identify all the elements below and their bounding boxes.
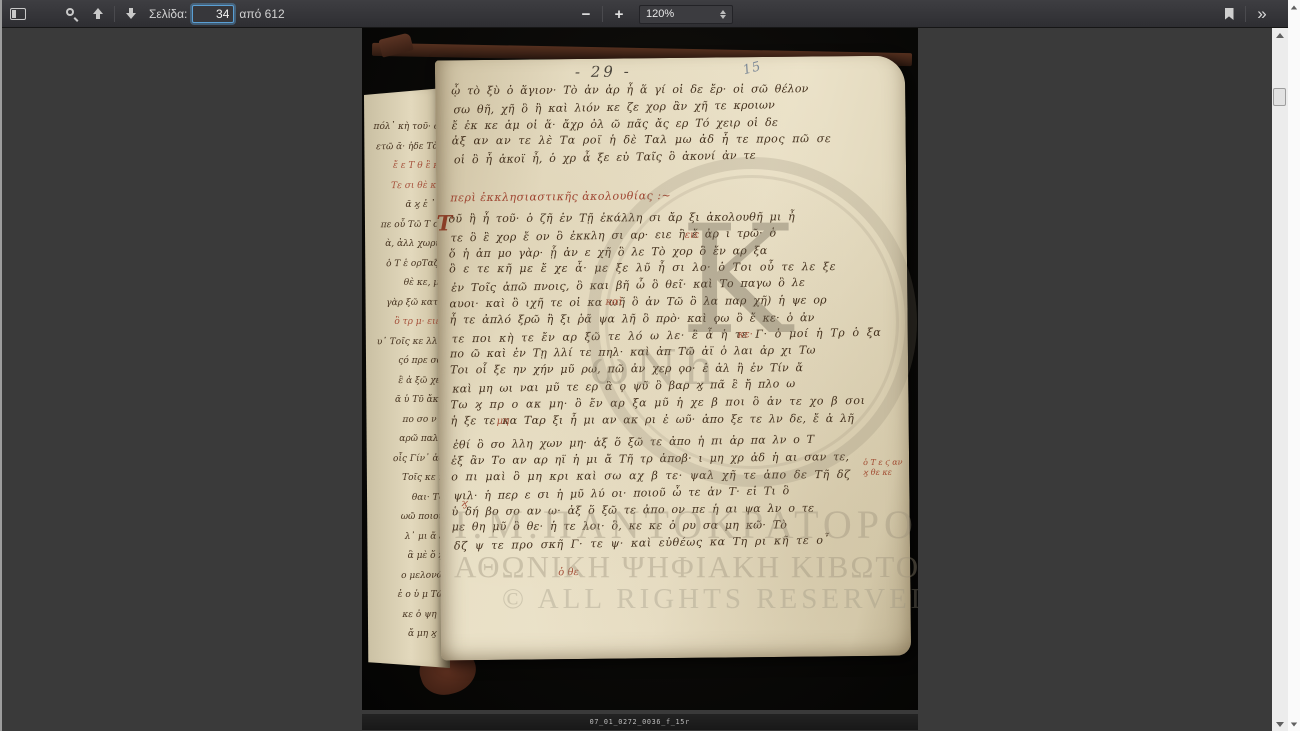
margin-note: ὁ Τ ε ϛ αν ϗ θε κε — [863, 458, 903, 478]
zoom-level-value: 120% — [646, 8, 720, 20]
scrollbar-thumb[interactable] — [1273, 88, 1286, 106]
facing-page-line: θαι· Τὸ — [364, 488, 444, 508]
previous-page-button[interactable] — [86, 2, 110, 26]
page-label: Σελίδα: — [149, 7, 187, 21]
window-scrollbar[interactable] — [1288, 0, 1300, 731]
zoom-level-select[interactable]: 120% — [639, 5, 733, 24]
page-number-input[interactable] — [192, 5, 234, 23]
facing-page-line: ὃ τρ μ· ειε) — [364, 313, 444, 333]
facing-page-line: ᾱ ϗ ἐ ᾽ ἀ — [364, 196, 444, 216]
viewer-scrollbar[interactable] — [1272, 28, 1288, 731]
scrollbar-up-button[interactable] — [1272, 28, 1288, 42]
bookmark-button[interactable] — [1217, 2, 1241, 26]
triangle-up-icon — [1291, 5, 1297, 9]
facing-page-line: Τοῖς κε ν — [364, 469, 444, 489]
rubric-heading: περὶ ἐκκλησιαστικῆς ἀκολουθίας :~ — [450, 189, 671, 204]
margin-note-line: ϗ θε κε — [863, 468, 902, 478]
select-arrows-icon — [720, 10, 726, 19]
arrow-up-icon — [93, 8, 103, 19]
search-button[interactable] — [56, 2, 80, 26]
triangle-down-icon — [1276, 722, 1284, 727]
facing-page-line: πόλ᾽ κὴ τοῦ· ὁζ — [364, 118, 444, 138]
text-block-lower: οῦ ἢ ἦ τοῦ· ὁ ζῆ ἐν Τῇ ἐκάλλη σι ἄρ ξι ἀ… — [448, 208, 892, 555]
facing-page-line: Τε σι θὲ κε, — [364, 176, 444, 196]
facing-page-line: ωῶ ποιου — [364, 508, 444, 528]
zoom-out-button[interactable]: − — [574, 2, 598, 26]
page-count-label: από 612 — [239, 7, 284, 21]
rubric-word: κε· — [738, 329, 753, 340]
facing-page-line: λ᾽ μι ἄ ε — [364, 527, 444, 547]
shelfmark-strip: 07_01_0272_0036_f_15r — [362, 714, 918, 730]
handwritten-page-number: - 29 - — [575, 62, 632, 81]
rubric-word: ειε — [685, 230, 700, 241]
zoom-in-button[interactable]: + — [607, 2, 631, 26]
rubric-word: ὁ θε — [558, 567, 579, 578]
facing-page-line: ὁ Τ ἑ ορΤαζο — [364, 254, 444, 274]
facing-page-line: οἷς Γίν᾽ ἀδ — [364, 449, 444, 469]
rubric-word: μη — [497, 416, 510, 427]
toolbar-separator — [602, 6, 603, 22]
facing-page-line: ετῶ ᾱ· ἠδε Τὰν — [364, 137, 444, 157]
facing-page-line: πο σο ν ᾽ — [364, 410, 444, 430]
manuscript-page: - 29 - 15 ᾧ τὸ ξὺ ὁ ἅγιον· Τὸ ἀν ἀρ ἦ ἅ … — [435, 56, 911, 661]
facing-page-text: πόλ᾽ κὴ τοῦ· ὁζετῶ ᾱ· ἠδε Τὰνἔ ε Τ θ ἒ κ… — [364, 118, 444, 645]
toolbar-right-group: » — [1217, 0, 1274, 28]
window-left-edge — [0, 0, 2, 731]
triangle-down-icon — [1291, 722, 1297, 726]
facing-page-line: ᾱ ὑ Τῦ ἄκο — [364, 391, 444, 411]
facing-page-line: θὲ κε, με — [364, 274, 444, 294]
folio-number: 15 — [741, 59, 763, 78]
minus-icon: − — [582, 7, 591, 22]
shelfmark-text: 07_01_0272_0036_f_15r — [590, 718, 690, 725]
facing-page-line: ἃ μὲ ὅ ϗ — [364, 547, 444, 567]
search-icon — [66, 8, 74, 16]
facing-page-line: ἐ ο ὑ μ Τῶ — [364, 586, 444, 606]
manuscript-scan-page: πόλ᾽ κὴ τοῦ· ὁζετῶ ᾱ· ἠδε Τὰνἔ ε Τ θ ἒ κ… — [362, 28, 918, 710]
facing-page-line: ἄ μη ϗ ᾽ — [364, 625, 444, 645]
facing-page-line: ἒ ἀ ξῶ χεῖ — [364, 371, 444, 391]
facing-page-line: ςό πρε σῶ — [364, 352, 444, 372]
pdf-toolbar: Σελίδα: από 612 − + 120% » — [0, 0, 1300, 28]
scrollbar-down-button[interactable] — [1272, 717, 1288, 731]
pdf-viewer-window: Σελίδα: από 612 − + 120% » — [0, 0, 1300, 731]
window-scroll-down-button[interactable] — [1288, 717, 1300, 731]
arrow-down-icon — [126, 8, 136, 19]
facing-page-line: ο μελονῶ — [364, 566, 444, 586]
window-scroll-up-button[interactable] — [1288, 0, 1300, 14]
margin-note-line: ὁ Τ ε ϛ αν — [863, 458, 902, 468]
facing-page-line: πε οὖ Τῶ Τ ου — [364, 215, 444, 235]
sidebar-toggle-icon — [10, 8, 26, 20]
facing-page-line: ἔ ε Τ θ ἒ κε — [364, 157, 444, 177]
toolbar-separator — [114, 6, 115, 22]
facing-page-line: κε ὀ ψη ῀ — [364, 605, 444, 625]
facing-page-line: γὰρ ξῶ κατὰ — [364, 293, 444, 313]
facing-page-line: αρῶ παλύ — [364, 430, 444, 450]
next-page-button[interactable] — [119, 2, 143, 26]
more-tools-button[interactable]: » — [1250, 2, 1274, 26]
toolbar-separator — [1245, 6, 1246, 22]
plus-icon: + — [615, 7, 624, 22]
rubric-word: καὶ — [605, 297, 622, 308]
facing-page-line: ὰ, ἀλλ χωρίς — [364, 235, 444, 255]
manuscript-line: ἡ ξε τε κα Ταρ ξι ἦ μι αν ακ ρι ἐ ωῦ· ἀπ… — [451, 410, 891, 429]
triangle-up-icon — [1276, 33, 1284, 38]
zoom-controls: − + 120% — [574, 0, 733, 28]
double-chevron-icon: » — [1257, 5, 1266, 22]
bookmark-icon — [1225, 8, 1234, 20]
sidebar-toggle-button[interactable] — [6, 2, 30, 26]
facing-page-line: υ᾽ Τοῖς κε λλί, — [364, 332, 444, 352]
rubric-word: ϗ — [461, 498, 467, 509]
text-block-upper: ᾧ τὸ ξὺ ὁ ἅγιον· Τὸ ἀν ἀρ ἦ ἅ γί οἱ δε ἔ… — [451, 80, 884, 169]
